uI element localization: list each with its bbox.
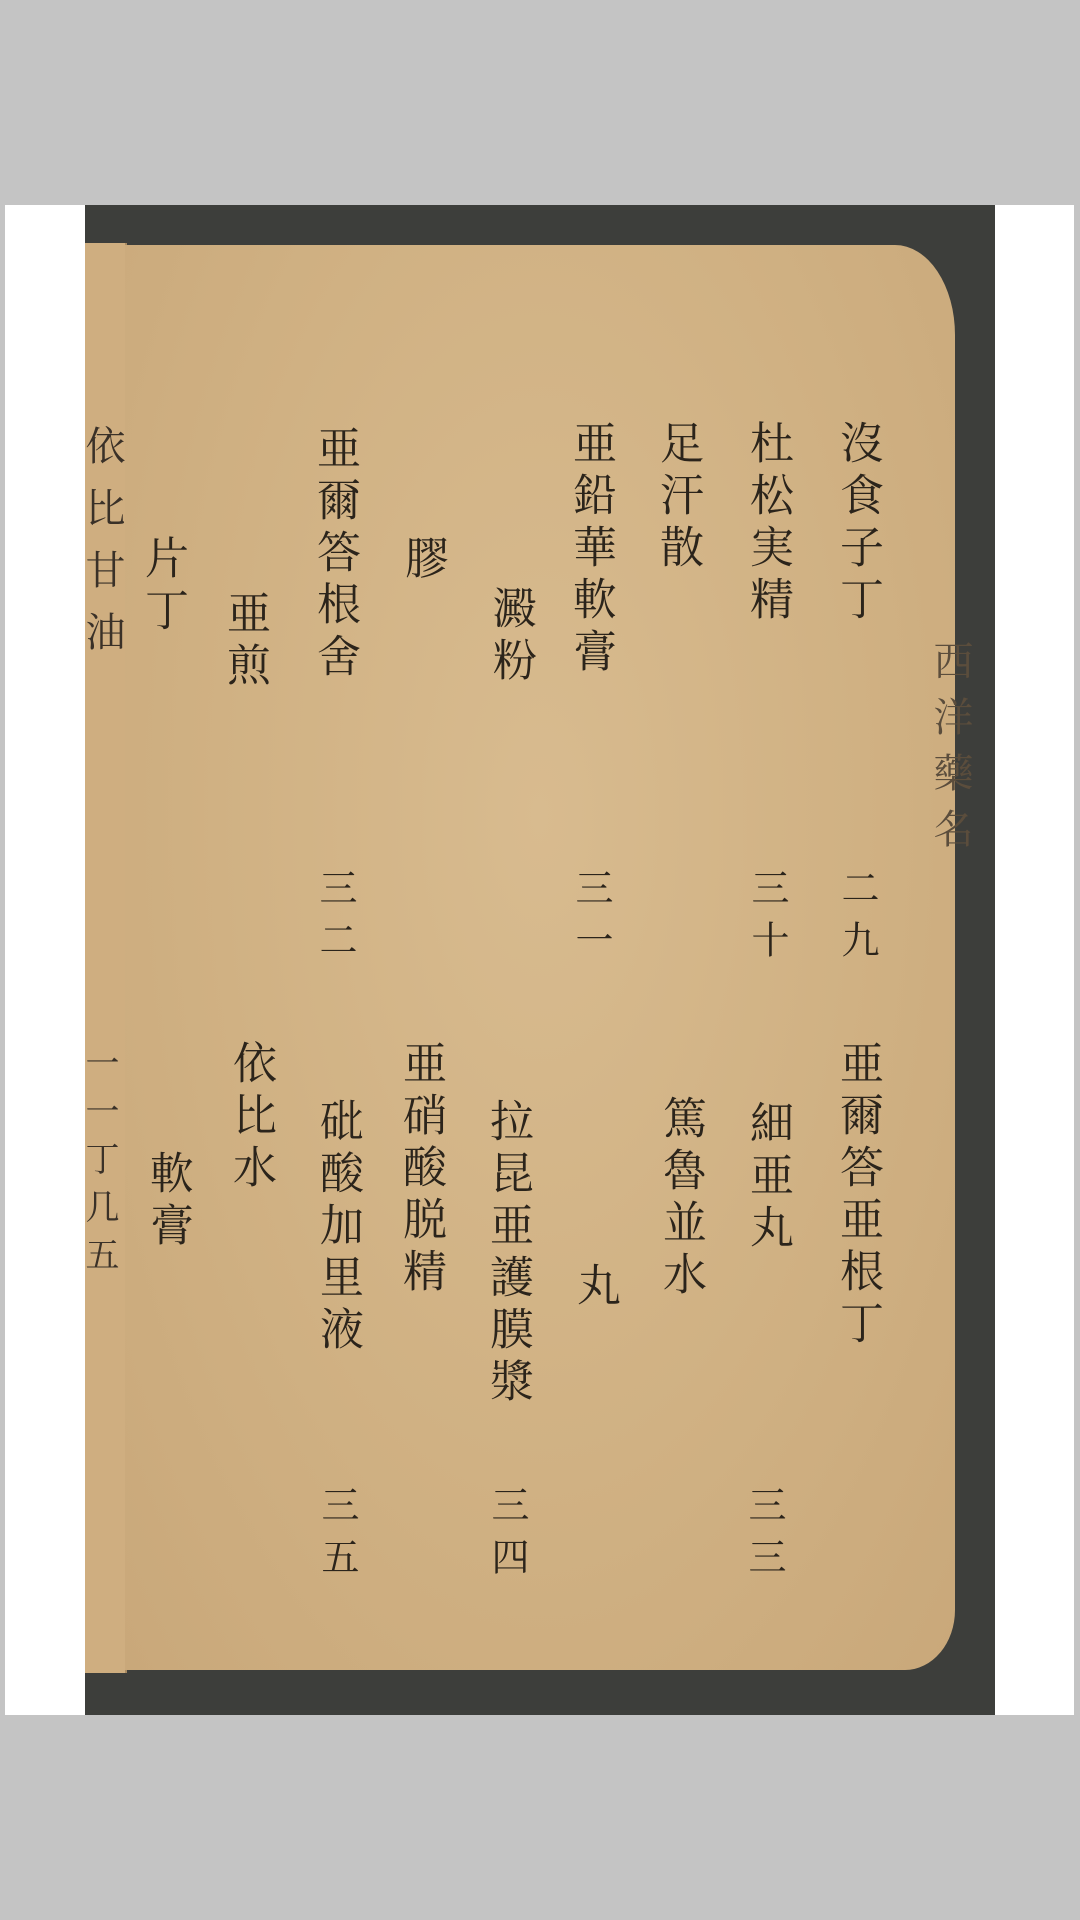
left-page-fragment-lower: 一一丁几五	[82, 1045, 116, 1285]
entry-number: 三四	[488, 1485, 526, 1589]
entry-name: 丸	[572, 1262, 616, 1314]
entry-name: 砒酸加里液	[315, 1098, 359, 1358]
left-page-fragment-upper: 依比甘油	[82, 425, 122, 673]
entry-name: 細亜丸	[745, 1100, 789, 1256]
entry-number: 二九	[838, 868, 876, 972]
entry-name: 亜鉛華軟膏	[568, 420, 612, 680]
entry-number: 三三	[745, 1485, 783, 1589]
entry-number: 三五	[318, 1485, 356, 1589]
margin-title: 西洋藥名	[930, 640, 970, 864]
entry-name: 篤魯並水	[658, 1095, 702, 1303]
entry-name: 澱粉	[488, 585, 532, 689]
entry-name: 拉昆亜護膜漿	[485, 1098, 529, 1410]
entry-name: 亜爾答亜根丁	[835, 1040, 879, 1352]
entry-number: 三十	[748, 868, 786, 972]
entry-name: 片丁	[140, 535, 184, 639]
entry-name: 亜煎	[222, 590, 266, 694]
entry-name: 沒食子丁	[835, 420, 879, 628]
book-page	[125, 245, 955, 1670]
entry-name: 亜爾答根舍	[312, 425, 356, 685]
entry-name: 膠	[400, 535, 444, 587]
entry-name: 杜松実精	[745, 420, 789, 628]
entry-name: 足汗散	[655, 420, 699, 576]
entry-number: 三一	[572, 868, 610, 972]
entry-name: 軟膏	[145, 1150, 189, 1254]
entry-name: 亜硝酸脱精	[398, 1040, 442, 1300]
entry-name: 依比水	[228, 1040, 272, 1196]
entry-number: 三二	[316, 868, 354, 972]
